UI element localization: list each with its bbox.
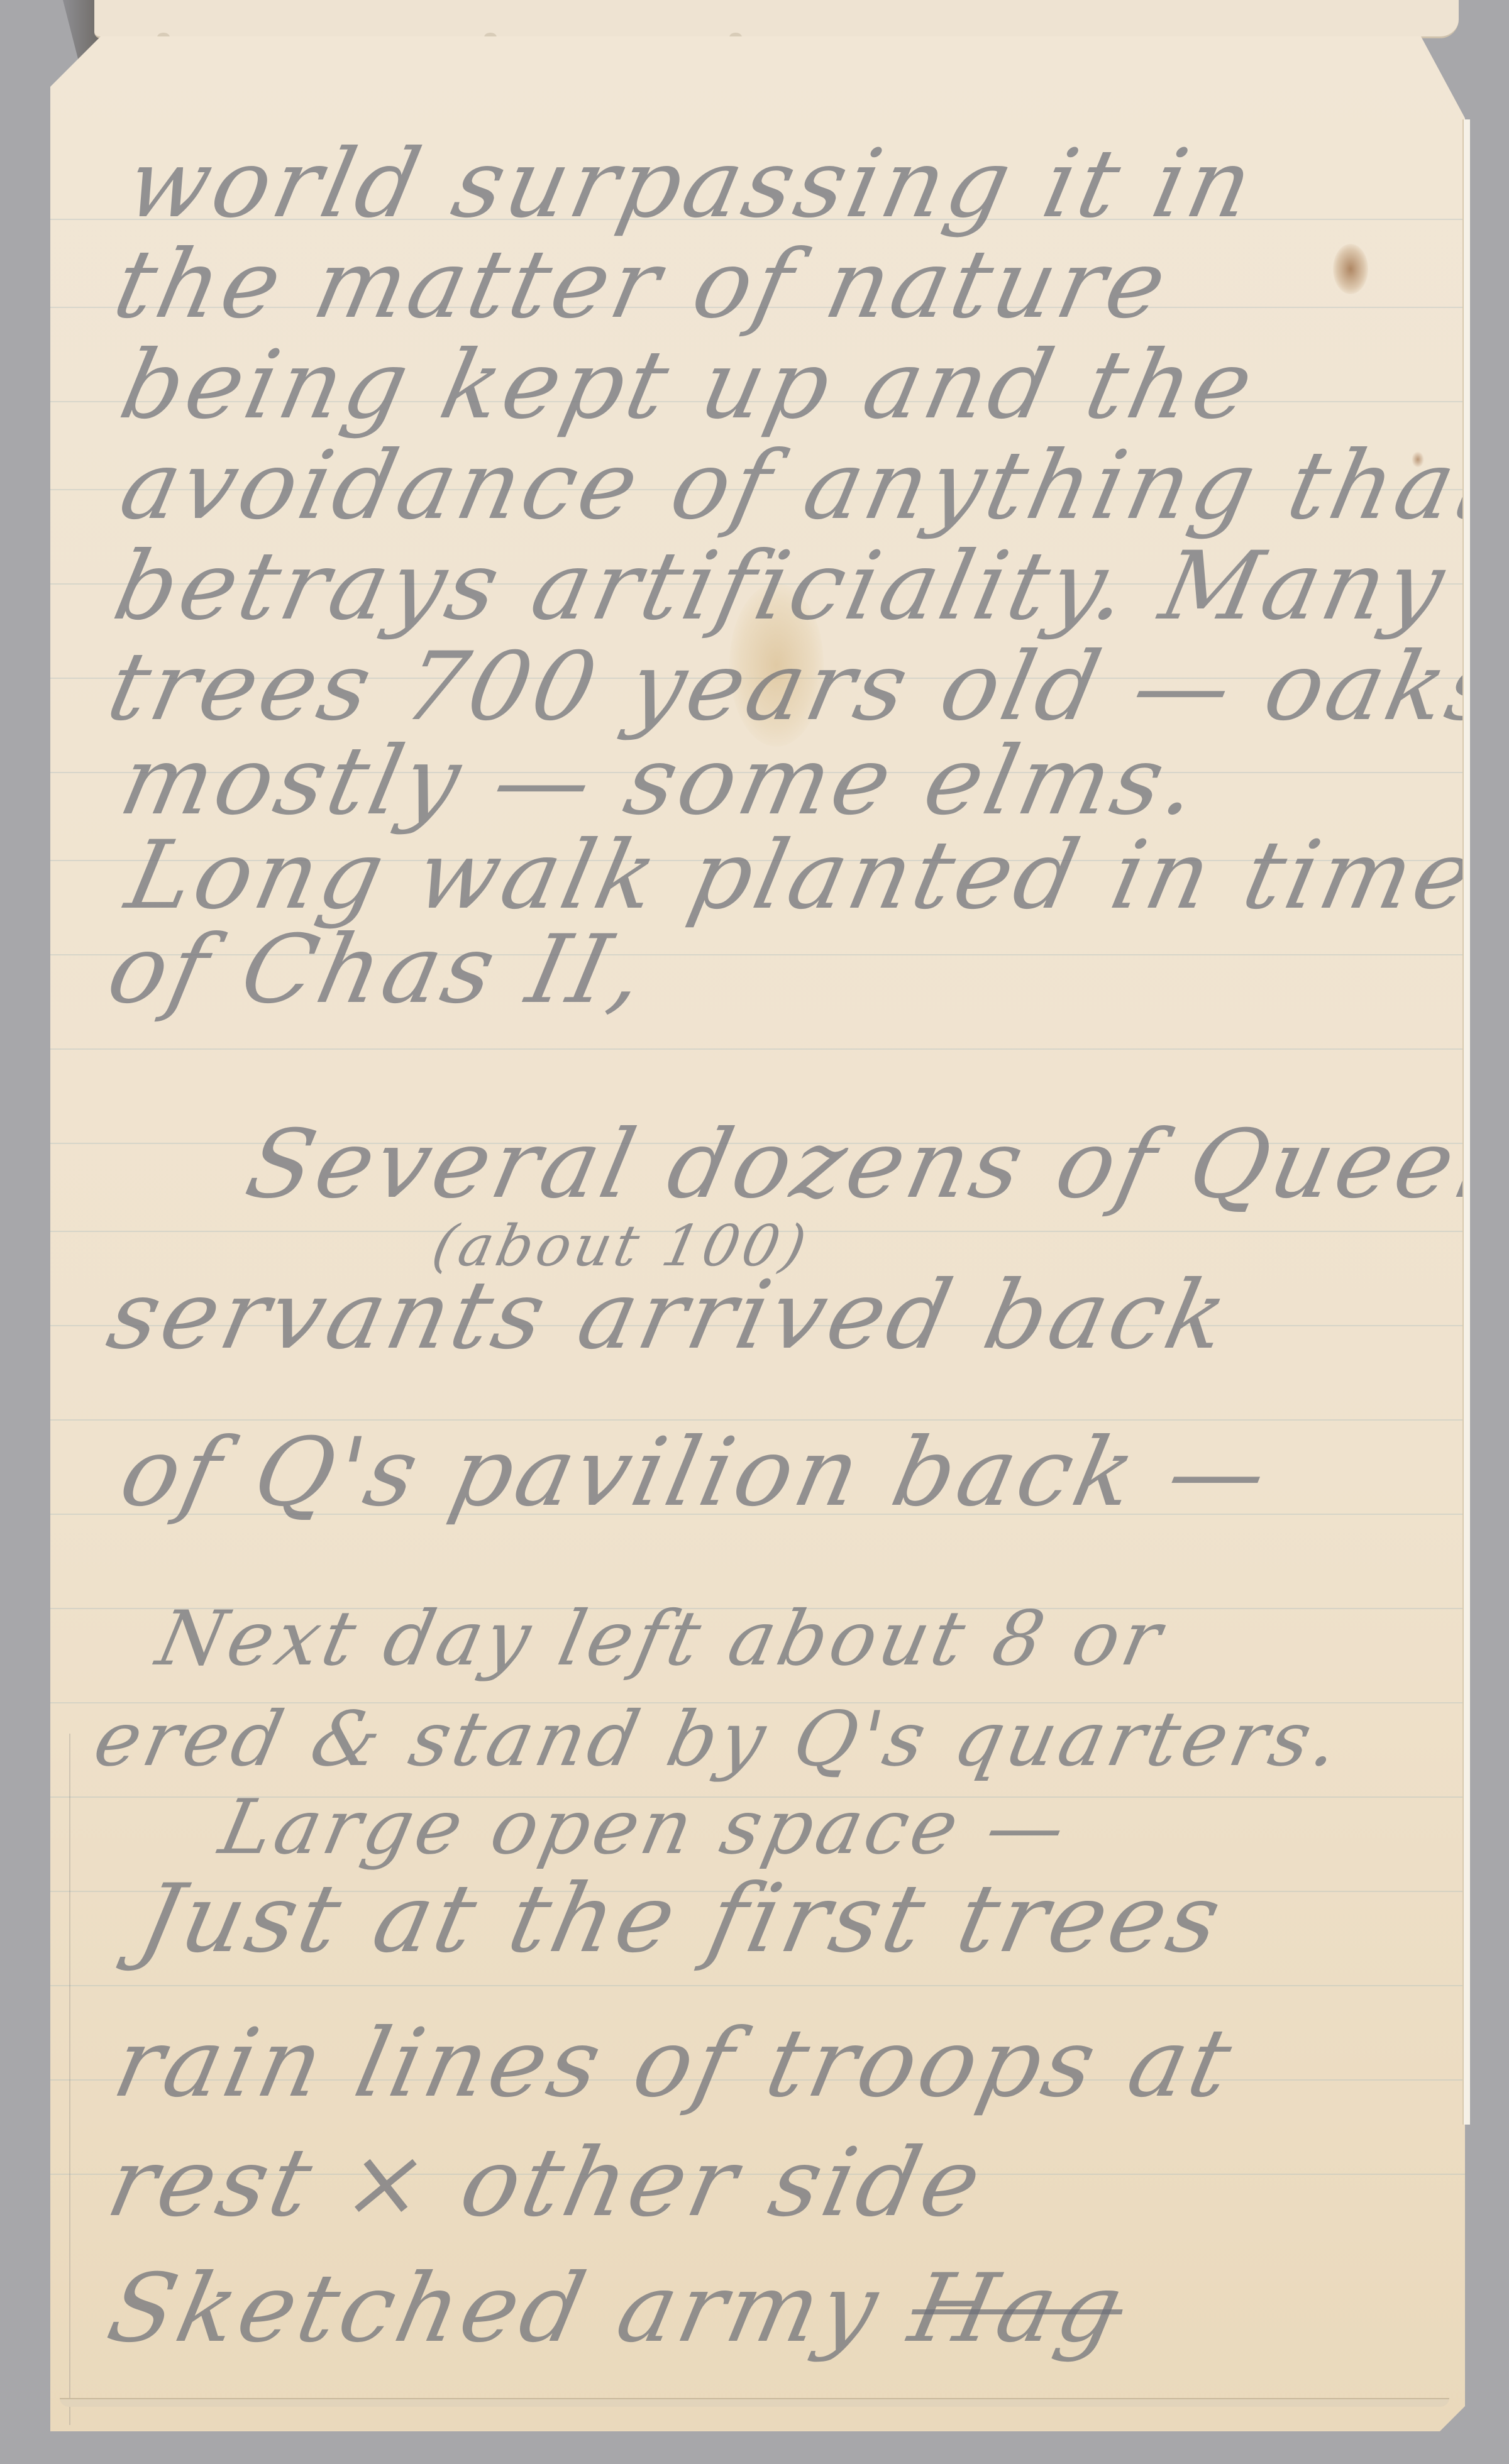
page-bottom-edge <box>60 2398 1449 2407</box>
handwritten-line-10: Several dozens of Queen's <box>239 1118 1509 1212</box>
ruled-line <box>50 1985 1465 1986</box>
handwritten-line-18: rest × other side <box>101 2136 992 2230</box>
handwritten-line-15: Large open space — <box>214 1790 1075 1866</box>
struck-word: Hag <box>901 2254 1134 2363</box>
handwritten-line-6: trees 700 years old — oaks <box>101 640 1509 734</box>
handwritten-line-8: Long walk planted in time <box>119 828 1484 923</box>
handwritten-line-7: mostly — some elms. <box>113 734 1209 828</box>
handwritten-line-3: being kept up and the <box>113 338 1264 432</box>
handwritten-line-11: servants arrived back <box>101 1268 1238 1363</box>
handwritten-line-9: of Chas II, <box>101 923 656 1017</box>
handwritten-line-13: Next day left about 8 or <box>151 1602 1171 1677</box>
handwritten-line-14: ered & stand by Q's quarters. <box>88 1702 1349 1778</box>
handwritten-line-19: Sketched army Hag <box>101 2262 1133 2356</box>
ink-stain <box>1333 244 1368 294</box>
handwritten-line-17: rain lines of troops at <box>107 2016 1242 2111</box>
page-edge <box>1462 119 1470 2125</box>
ruled-line <box>50 1048 1465 1050</box>
margin-line <box>69 1734 70 2425</box>
handwritten-line-4: avoidance of anything that <box>113 439 1508 533</box>
handwritten-line-5: betrays artificiality. Many <box>107 539 1456 634</box>
handwritten-line-12: of Q's pavilion back — <box>113 1426 1278 1520</box>
notebook-page: world surpassing it in the matter of nat… <box>50 36 1465 2431</box>
handwritten-line-2: the matter of nature <box>107 238 1178 332</box>
previous-page-fold <box>94 0 1459 38</box>
handwritten-line-1: world surpassing it in <box>119 137 1263 231</box>
handwritten-line-19-text: Sketched army <box>99 2254 890 2363</box>
handwritten-line-16: Just at the first trees <box>132 1872 1232 1966</box>
